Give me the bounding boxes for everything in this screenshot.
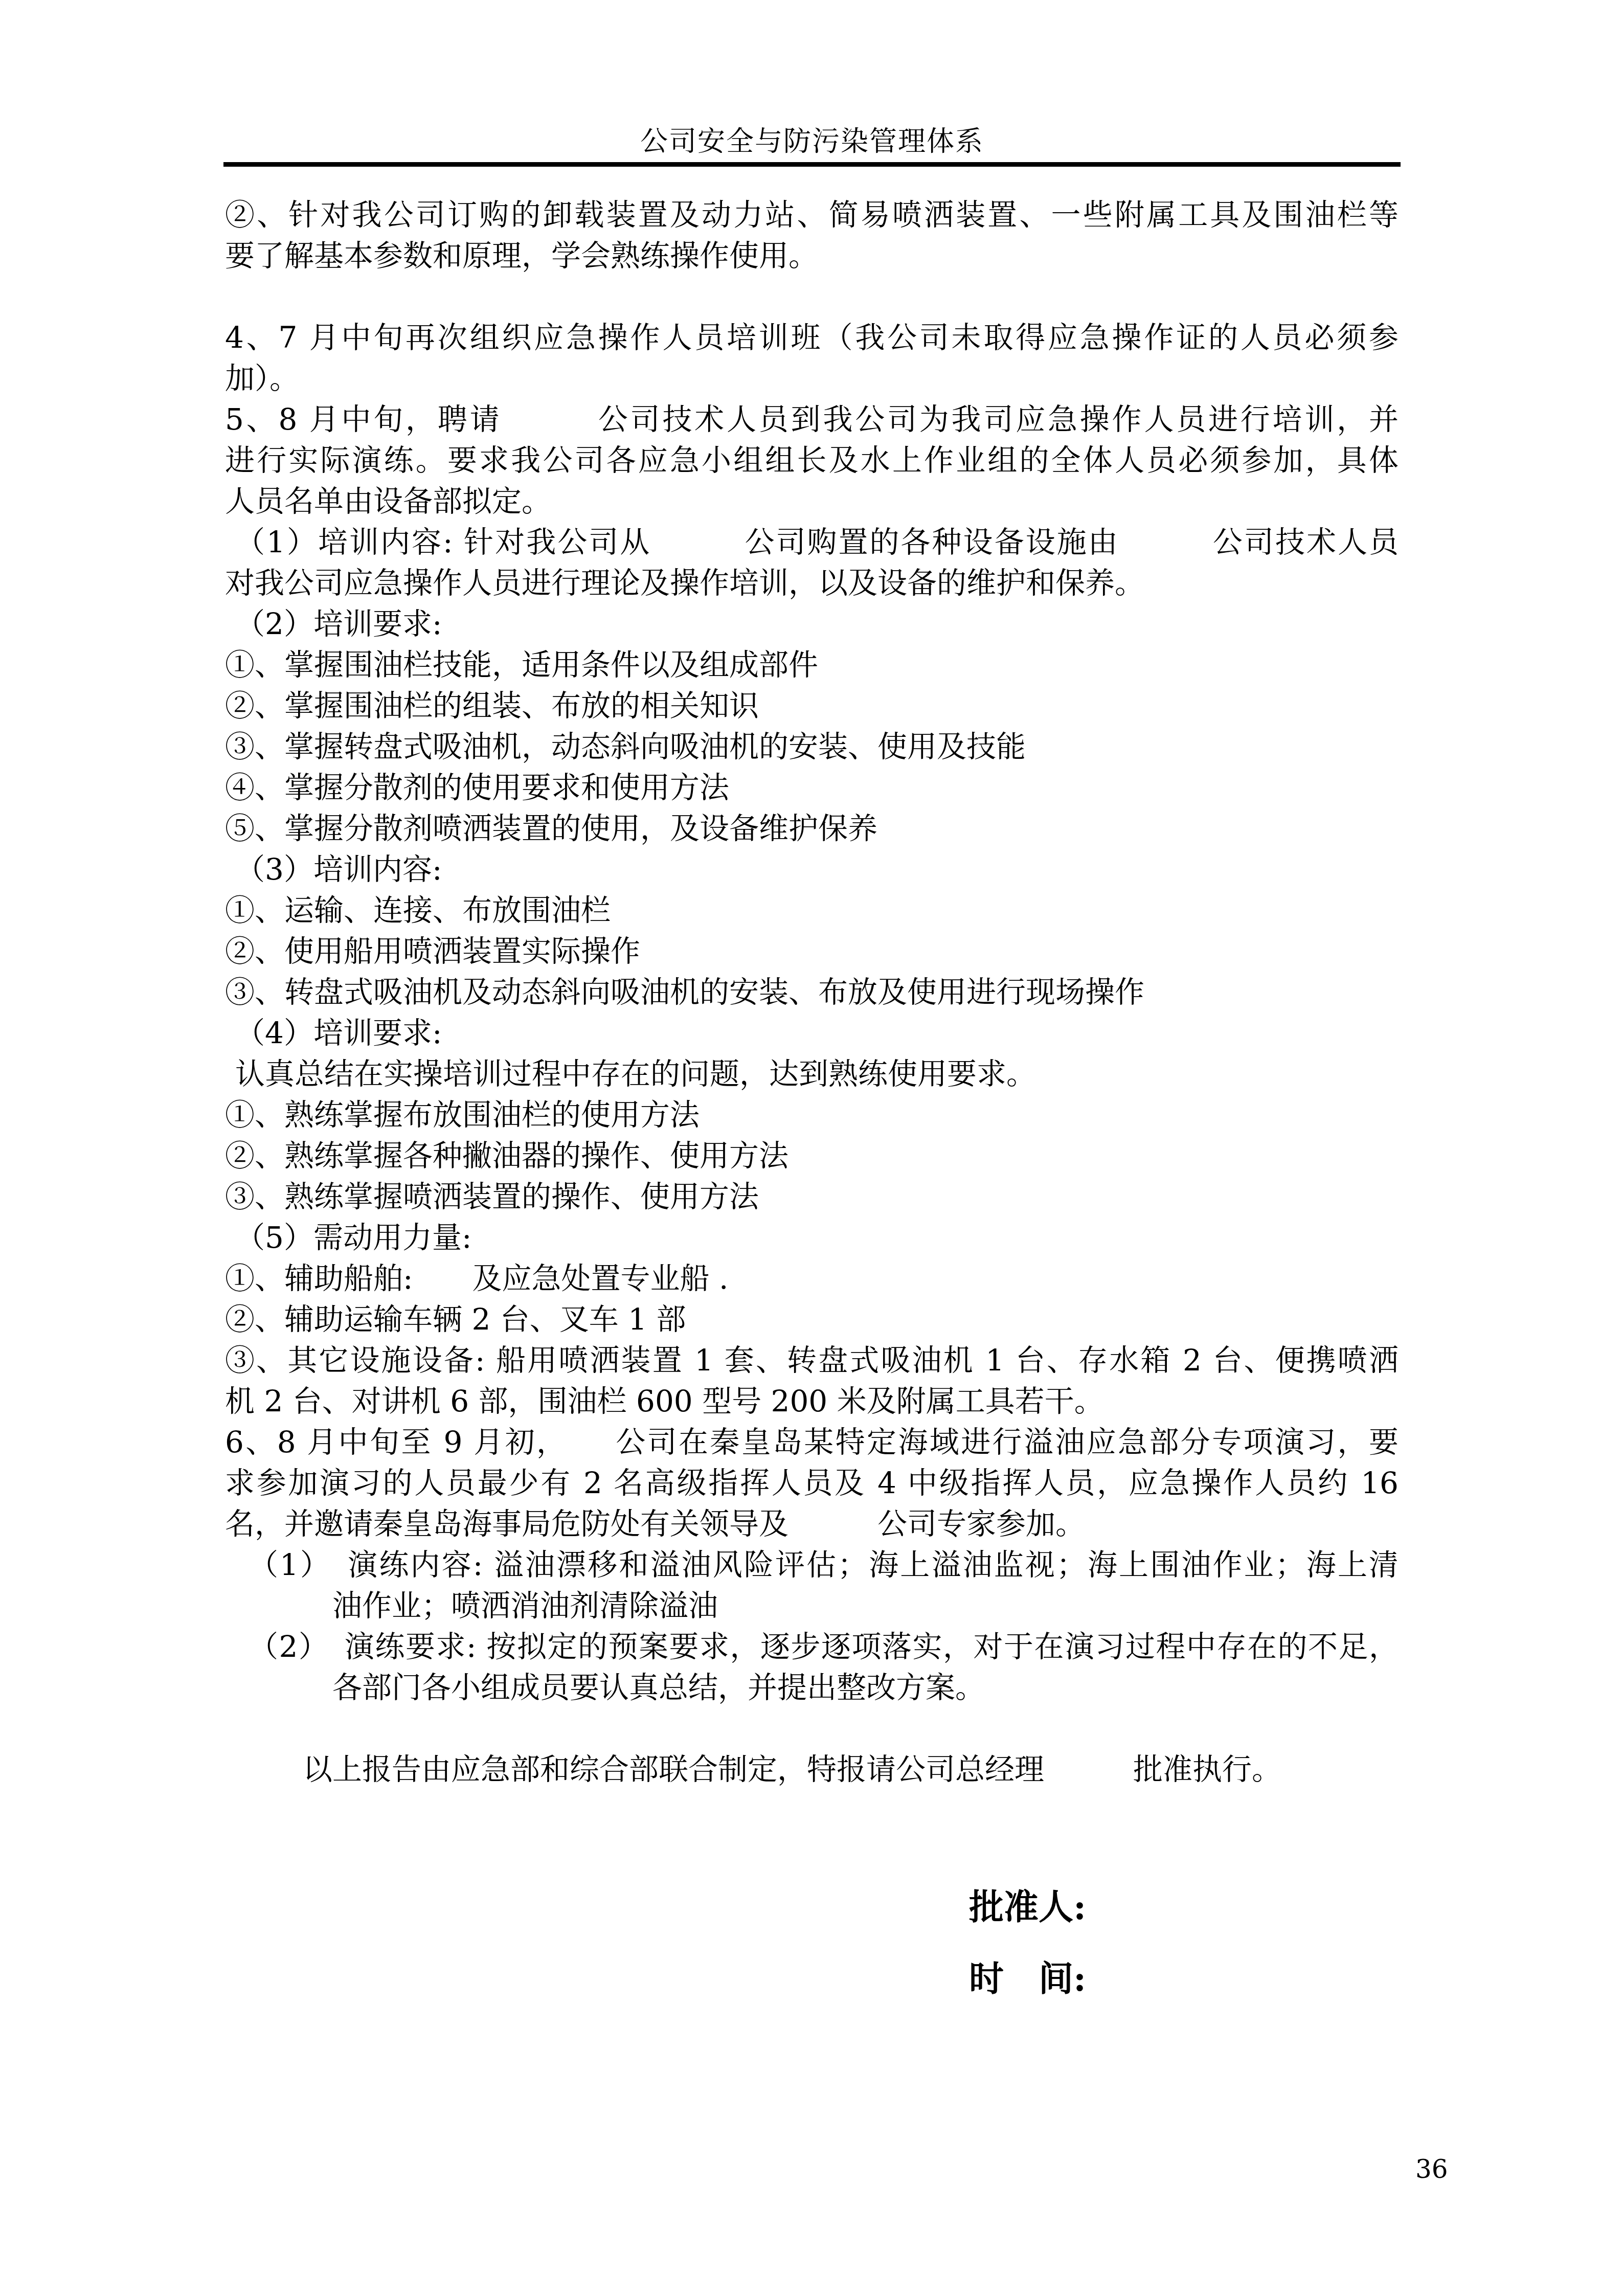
text-line: ③、其它设施设备: 船用喷洒装置 1 套、转盘式吸油机 1 台、存水箱 2 台、… <box>225 1340 1399 1381</box>
text-line: 6、8 月中旬至 9 月初， 公司在秦皇岛某特定海域进行溢油应急部分专项演习，要 <box>225 1422 1399 1462</box>
text-line: 4、7 月中旬再次组织应急操作人员培训班（我公司未取得应急操作证的人员必须参 <box>225 317 1399 358</box>
text-line: ①、熟练掌握布放围油栏的使用方法 <box>225 1094 1399 1135</box>
approver-label: 批准人: <box>225 1872 1399 1943</box>
text-line: 名，并邀请秦皇岛海事局危防处有关领导及 公司专家参加。 <box>225 1503 1399 1544</box>
text-line: ②、针对我公司订购的卸载装置及动力站、简易喷洒装置、一些附属工具及围油栏等 <box>225 194 1399 235</box>
text-line: 机 2 台、对讲机 6 部，围油栏 600 型号 200 米及附属工具若干。 <box>225 1381 1399 1422</box>
text-line: （2） 演练要求: 按拟定的预案要求，逐步逐项落实，对于在演习过程中存在的不足， <box>225 1626 1399 1667</box>
text-line: ③、熟练掌握喷洒装置的操作、使用方法 <box>225 1176 1399 1217</box>
text-line: 认真总结在实操培训过程中存在的问题，达到熟练使用要求。 <box>225 1053 1399 1094</box>
text-line: ①、掌握围油栏技能，适用条件以及组成部件 <box>225 644 1399 685</box>
text-line: ②、掌握围油栏的组装、布放的相关知识 <box>225 685 1399 726</box>
text-line <box>225 276 1399 317</box>
text-line: ②、熟练掌握各种撇油器的操作、使用方法 <box>225 1135 1399 1176</box>
text-line: 5、8 月中旬，聘请 公司技术人员到我公司为我司应急操作人员进行培训，并 <box>225 399 1399 440</box>
text-line: （1） 演练内容: 溢油漂移和溢油风险评估；海上溢油监视；海上围油作业；海上清 <box>225 1544 1399 1585</box>
text-line: ③、掌握转盘式吸油机，动态斜向吸油机的安装、使用及技能 <box>225 726 1399 767</box>
page-number: 36 <box>1415 2154 1448 2185</box>
text-line: 油作业；喷洒消油剂清除溢油 <box>225 1585 1399 1626</box>
text-line: 要了解基本参数和原理，学会熟练操作使用。 <box>225 235 1399 276</box>
text-line: ③、转盘式吸油机及动态斜向吸油机的安装、布放及使用进行现场操作 <box>225 972 1399 1012</box>
text-line: 进行实际演练。要求我公司各应急小组组长及水上作业组的全体人员必须参加，具体 <box>225 440 1399 481</box>
text-line: （2）培训要求: <box>225 603 1399 644</box>
time-label: 时 间: <box>225 1943 1399 2015</box>
text-line: ①、运输、连接、布放围油栏 <box>225 890 1399 931</box>
header-divider-rule <box>223 162 1401 167</box>
text-line: 各部门各小组成员要认真总结，并提出整改方案。 <box>225 1667 1399 1708</box>
text-line: 加）。 <box>225 358 1399 399</box>
text-line: （5）需动用力量: <box>225 1217 1399 1258</box>
text-line: （3）培训内容: <box>225 849 1399 890</box>
document-page: 公司安全与防污染管理体系 ②、针对我公司订购的卸载装置及动力站、简易喷洒装置、一… <box>0 0 1623 2296</box>
text-line: 人员名单由设备部拟定。 <box>225 481 1399 522</box>
text-line: （1）培训内容: 针对我公司从 公司购置的各种设备设施由 公司技术人员 <box>225 522 1399 562</box>
text-line: （4）培训要求: <box>225 1012 1399 1053</box>
text-line: ⑤、掌握分散剂喷洒装置的使用，及设备维护保养 <box>225 808 1399 849</box>
text-line: ②、辅助运输车辆 2 台、叉车 1 部 <box>225 1299 1399 1340</box>
text-line: ④、掌握分散剂的使用要求和使用方法 <box>225 767 1399 808</box>
page-header-title: 公司安全与防污染管理体系 <box>223 125 1401 159</box>
doc-body: ②、针对我公司订购的卸载装置及动力站、简易喷洒装置、一些附属工具及围油栏等要了解… <box>225 194 1399 2015</box>
text-line: 求参加演习的人员最少有 2 名高级指挥人员及 4 中级指挥人员，应急操作人员约 … <box>225 1462 1399 1503</box>
text-line: ②、使用船用喷洒装置实际操作 <box>225 931 1399 972</box>
text-line: 对我公司应急操作人员进行理论及操作培训，以及设备的维护和保养。 <box>225 562 1399 603</box>
text-line <box>225 1708 1399 1749</box>
text-line <box>225 1831 1399 1872</box>
text-line: 以上报告由应急部和综合部联合制定，特报请公司总经理 批准执行。 <box>225 1749 1399 1790</box>
text-line <box>225 1790 1399 1831</box>
text-line: ①、辅助船舶: 及应急处置专业船 . <box>225 1258 1399 1299</box>
